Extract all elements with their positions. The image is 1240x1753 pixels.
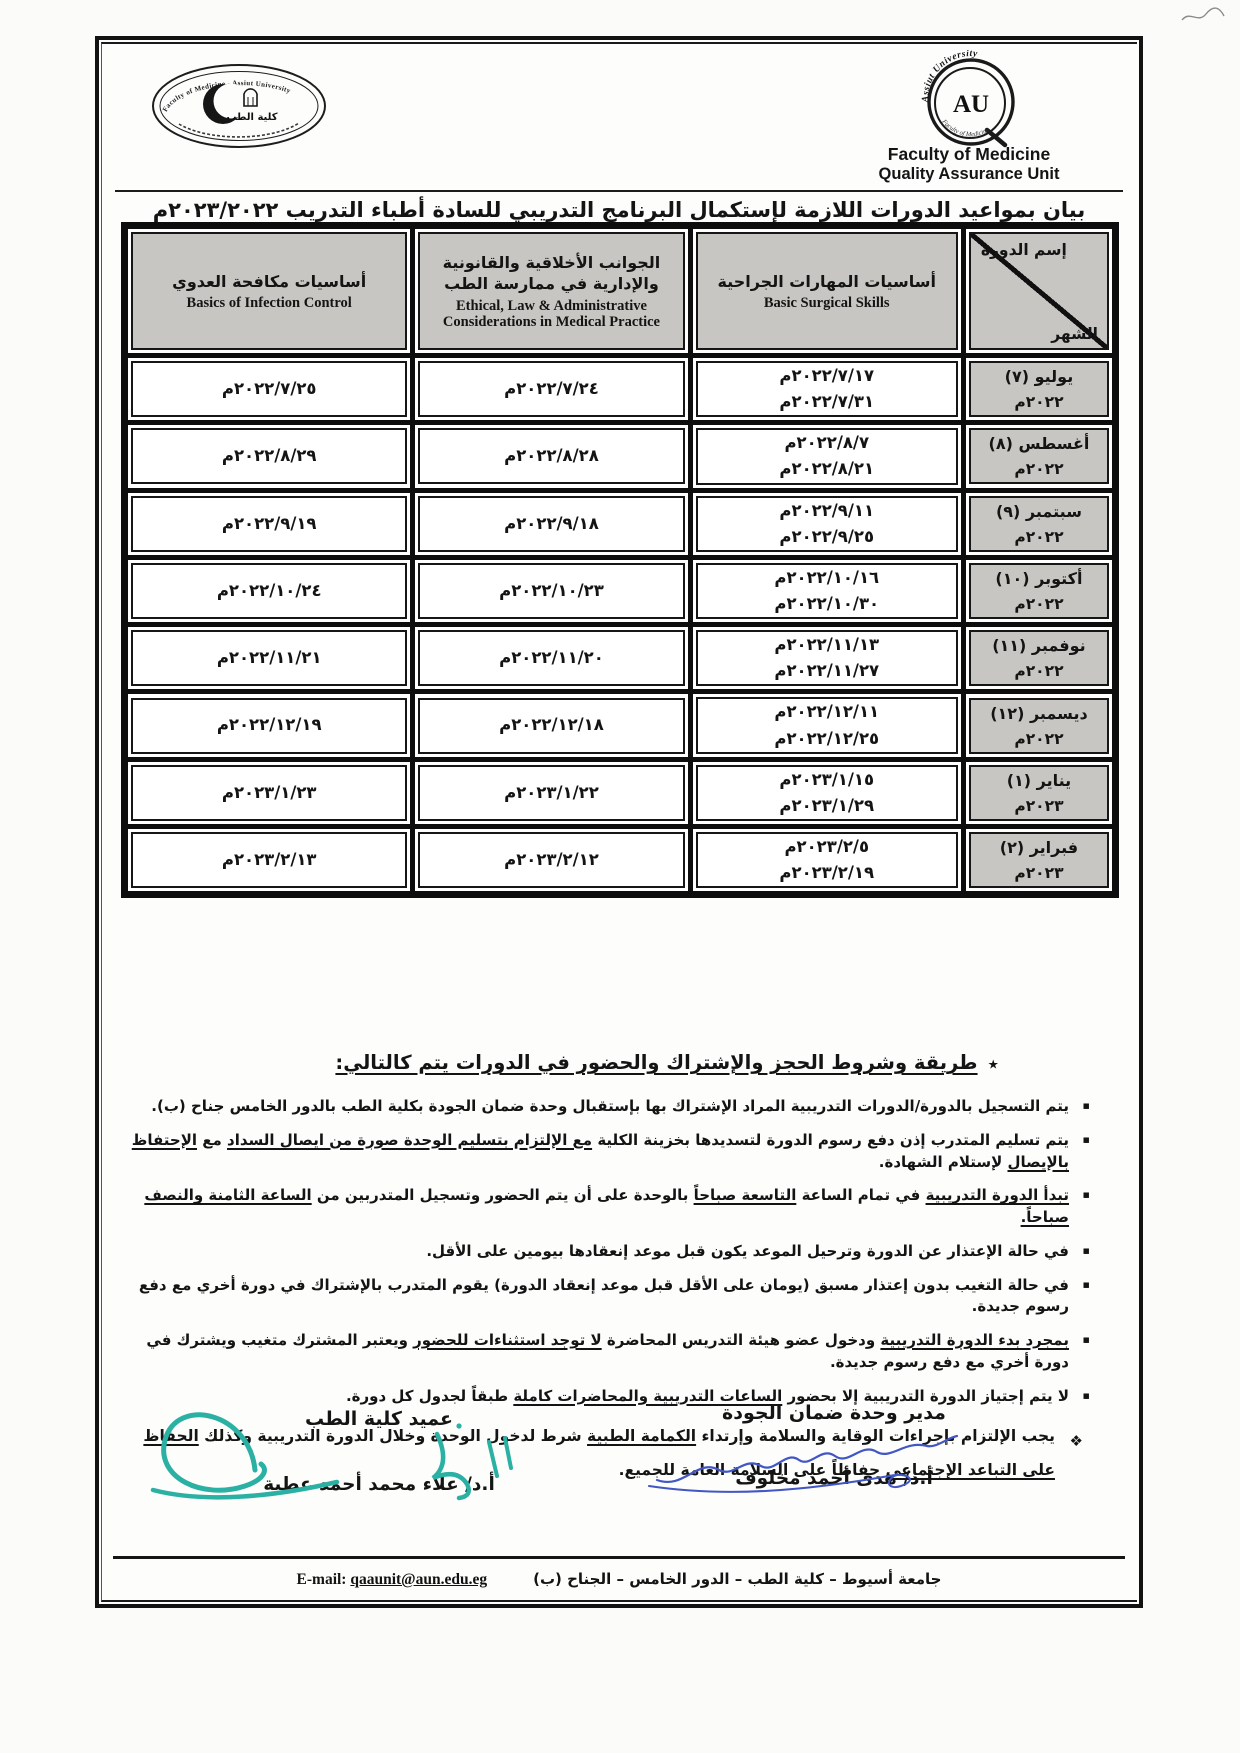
date-value: ٢٠٢٢/١٠/٢٣م <box>499 582 604 600</box>
date-value: ٢٠٢٣/٢/١٣م <box>222 851 317 869</box>
bullet-square-icon: ▪ <box>1083 1388 1090 1404</box>
date-value: ٢٠٢٢/١٠/٢٤م <box>217 582 322 600</box>
bullet-square-icon: ▪ <box>1083 1132 1090 1148</box>
table-row: يوليو (٧) ٢٠٢٢م ٢٠٢٢/٧/١٧م ٢٠٢٢/٧/٣١م ٢٠… <box>128 358 1112 420</box>
ethical-date-cell: ٢٠٢٣/٢/١٢م <box>415 829 687 891</box>
schedule-table-wrap: إسم الدورة الشهر أساسيات المهارات الجراح… <box>121 222 1119 898</box>
month-year: ٢٠٢٢م <box>1014 460 1063 478</box>
ethical-date-cell: ٢٠٢٢/١١/٢٠م <box>415 627 687 689</box>
assiut-university-logo: AU Assiut University Faculty of Medicine <box>921 50 1021 150</box>
crest-arabic-label: كلية الطب <box>226 112 277 123</box>
ethical-date-cell: ٢٠٢٢/٧/٢٤م <box>415 358 687 420</box>
faculty-crest-logo: Faculty of Medicine - Assiut University … <box>149 62 329 150</box>
pen-scribble-mark <box>1178 2 1226 28</box>
date-value: ٢٠٢٢/٧/٢٤م <box>504 380 599 398</box>
rule-item: ▪يتم التسجيل بالدورة/الدورات التدريبية ا… <box>129 1096 1093 1118</box>
header-infection-control: أساسيات مكافحة العدوي Basics of Infectio… <box>128 229 410 353</box>
infection-date-cell: ٢٠٢٢/١٢/١٩م <box>128 694 410 756</box>
month-name: ديسمبر (١٢) <box>990 704 1087 723</box>
corner-month-label: الشهر <box>1051 325 1098 343</box>
ethical-date-cell: ٢٠٢٢/٨/٢٨م <box>415 425 687 487</box>
infection-date-cell: ٢٠٢٣/٢/١٣م <box>128 829 410 891</box>
infection-date-cell: ٢٠٢٢/١١/٢١م <box>128 627 410 689</box>
document-border-frame: Faculty of Medicine - Assiut University … <box>95 36 1143 1608</box>
asterisk-marker-icon: ٭ <box>988 1052 999 1076</box>
header-en: Basics of Infection Control <box>185 295 354 311</box>
infection-date-cell: ٢٠٢٢/٧/٢٥م <box>128 358 410 420</box>
month-name: أكتوبر (١٠) <box>995 569 1082 588</box>
org-line-unit: Quality Assurance Unit <box>839 165 1099 184</box>
month-cell: ديسمبر (١٢) ٢٠٢٢م <box>966 694 1112 756</box>
date-value: ٢٠٢٢/٩/١٨م <box>504 515 599 533</box>
rule-text-segment: لا توجد استثناءات للحضور <box>413 1331 602 1349</box>
date-value: ٢٠٢٢/٨/٢٨م <box>504 447 599 465</box>
footer-address: جامعة أسيوط – كلية الطب – الدور الخامس –… <box>533 1570 941 1588</box>
surgical-dates-cell: ٢٠٢٢/١٠/١٦م ٢٠٢٢/١٠/٣٠م <box>693 560 961 622</box>
date-value: ٢٠٢٢/١١/١٣م <box>774 636 879 654</box>
surgical-dates-cell: ٢٠٢٣/٢/٥م ٢٠٢٣/٢/١٩م <box>693 829 961 891</box>
bullet-square-icon: ▪ <box>1083 1098 1090 1114</box>
corner-course-label: إسم الدورة <box>981 241 1067 259</box>
table-row: سبتمبر (٩) ٢٠٢٢م ٢٠٢٢/٩/١١م ٢٠٢٢/٩/٢٥م ٢… <box>128 493 1112 555</box>
month-year: ٢٠٢٢م <box>1014 595 1063 613</box>
date-value: ٢٠٢٢/١٢/٢٥م <box>774 730 879 748</box>
rule-text-segment: في حالة التغيب بدون إعتذار مسبق (يومان ع… <box>139 1276 1069 1316</box>
footer: جامعة أسيوط – كلية الطب – الدور الخامس –… <box>99 1570 1139 1589</box>
signature-block-director: مدير وحدة ضمان الجودة أ.د/ هدى أحمد مخلو… <box>664 1402 1004 1489</box>
date-value: ٢٠٢٢/٧/٢٥م <box>222 380 317 398</box>
month-cell: نوفمبر (١١) ٢٠٢٢م <box>966 627 1112 689</box>
date-value: ٢٠٢٢/١١/٢٧م <box>774 662 879 680</box>
ethical-date-cell: ٢٠٢٢/١٢/١٨م <box>415 694 687 756</box>
date-value: ٢٠٢٢/٩/٢٥م <box>779 528 874 546</box>
signature-block-dean: عميد كلية الطب أ.د/ علاء محمد أحمد عطية <box>214 1408 544 1495</box>
rule-item: ▪في حالة الإعتذار عن الدورة وترحيل الموع… <box>129 1241 1093 1263</box>
director-title: مدير وحدة ضمان الجودة <box>664 1402 1004 1424</box>
surgical-dates-cell: ٢٠٢٣/١/١٥م ٢٠٢٣/١/٢٩م <box>693 762 961 824</box>
date-value: ٢٠٢٢/١٢/١٨م <box>499 716 604 734</box>
rule-text-segment: تبدأ الدورة التدريبية <box>926 1186 1069 1204</box>
scanned-document-page: { "colors": { "ink": "#141414", "cell_gr… <box>0 0 1240 1753</box>
month-year: ٢٠٢٣م <box>1014 797 1063 815</box>
date-value: ٢٠٢٣/٢/٥م <box>784 838 869 856</box>
month-cell: أغسطس (٨) ٢٠٢٢م <box>966 425 1112 487</box>
header-ar: أساسيات المهارات الجراحية <box>711 271 942 293</box>
rule-item: ▪بمجرد بدء الدورة التدريبية ودخول عضو هي… <box>129 1330 1093 1374</box>
rule-text-segment: التاسعة صباحاً <box>694 1186 797 1204</box>
bullet-square-icon: ▪ <box>1083 1187 1090 1203</box>
rule-text-segment: ودخول عضو هيئة التدريس المحاضرة <box>602 1331 881 1349</box>
month-name: يناير (١) <box>1007 771 1071 790</box>
month-year: ٢٠٢٣م <box>1014 864 1063 882</box>
header-ar: أساسيات مكافحة العدوي <box>166 271 372 293</box>
rule-text-segment: مع الإلتزام بتسليم الوحدة صورة من ايصال … <box>227 1131 592 1149</box>
month-cell: سبتمبر (٩) ٢٠٢٢م <box>966 493 1112 555</box>
table-row: أغسطس (٨) ٢٠٢٢م ٢٠٢٢/٨/٧م ٢٠٢٢/٨/٢١م ٢٠٢… <box>128 425 1112 487</box>
month-cell: يناير (١) ٢٠٢٣م <box>966 762 1112 824</box>
ethical-date-cell: ٢٠٢٣/١/٢٢م <box>415 762 687 824</box>
date-value: ٢٠٢٣/١/٢٩م <box>779 797 874 815</box>
rule-text-segment: بمجرد بدء الدورة التدريبية <box>880 1331 1069 1349</box>
infection-date-cell: ٢٠٢٢/٩/١٩م <box>128 493 410 555</box>
header-ethical-law: الجوانب الأخلاقية والقانونية والإدارية ف… <box>415 229 687 353</box>
email-label: E-mail: <box>297 1571 347 1588</box>
date-value: ٢٠٢٢/٧/٣١م <box>779 393 874 411</box>
date-value: ٢٠٢٢/٨/٢٩م <box>222 447 317 465</box>
month-year: ٢٠٢٢م <box>1014 528 1063 546</box>
schedule-table: إسم الدورة الشهر أساسيات المهارات الجراح… <box>121 222 1119 898</box>
rule-text-segment: لإستلام الشهادة. <box>879 1153 1008 1171</box>
month-year: ٢٠٢٢م <box>1014 730 1063 748</box>
date-value: ٢٠٢٣/١/٢٢م <box>504 784 599 802</box>
date-value: ٢٠٢٢/٧/١٧م <box>779 367 874 385</box>
rule-text-segment: يتم تسليم المتدرب إذن دفع رسوم الدورة لت… <box>592 1131 1069 1149</box>
month-name: نوفمبر (١١) <box>992 636 1085 655</box>
header-row: إسم الدورة الشهر أساسيات المهارات الجراح… <box>128 229 1112 353</box>
infection-date-cell: ٢٠٢٢/٨/٢٩م <box>128 425 410 487</box>
dean-title: عميد كلية الطب <box>214 1408 544 1430</box>
header-basic-surgical-skills: أساسيات المهارات الجراحية Basic Surgical… <box>693 229 961 353</box>
ethical-date-cell: ٢٠٢٢/١٠/٢٣م <box>415 560 687 622</box>
ethical-date-cell: ٢٠٢٢/٩/١٨م <box>415 493 687 555</box>
diamond-marker-icon: ❖ <box>1070 1425 1083 1458</box>
month-cell: فبراير (٢) ٢٠٢٣م <box>966 829 1112 891</box>
bullet-square-icon: ▪ <box>1083 1277 1090 1293</box>
month-year: ٢٠٢٢م <box>1014 393 1063 411</box>
date-value: ٢٠٢٢/١٢/١١م <box>774 703 879 721</box>
date-value: ٢٠٢٢/١٢/١٩م <box>217 716 322 734</box>
surgical-dates-cell: ٢٠٢٢/٧/١٧م ٢٠٢٢/٧/٣١م <box>693 358 961 420</box>
org-line-faculty: Faculty of Medicine <box>839 144 1099 165</box>
bullet-square-icon: ▪ <box>1083 1332 1090 1348</box>
infection-date-cell: ٢٠٢٢/١٠/٢٤م <box>128 560 410 622</box>
date-value: ٢٠٢٢/١١/٢٠م <box>499 649 604 667</box>
date-value: ٢٠٢٣/١/١٥م <box>779 771 874 789</box>
rule-text-segment: في حالة الإعتذار عن الدورة وترحيل الموعد… <box>426 1242 1069 1260</box>
date-value: ٢٠٢٢/١٠/٣٠م <box>774 595 879 613</box>
date-value: ٢٠٢٢/٩/١١م <box>779 502 874 520</box>
director-name: أ.د/ هدى أحمد مخلوف <box>664 1468 1004 1489</box>
footer-divider <box>113 1556 1125 1559</box>
email-link[interactable]: qaaunit@aun.edu.eg <box>350 1571 487 1588</box>
surgical-dates-cell: ٢٠٢٢/١٢/١١م ٢٠٢٢/١٢/٢٥م <box>693 694 961 756</box>
table-row: أكتوبر (١٠) ٢٠٢٢م ٢٠٢٢/١٠/١٦م ٢٠٢٢/١٠/٣٠… <box>128 560 1112 622</box>
rule-text-segment: بالوحدة على أن يتم الحضور وتسجيل المتدرب… <box>312 1186 694 1204</box>
date-value: ٢٠٢٢/٨/٢١م <box>779 460 874 478</box>
date-value: ٢٠٢٢/٩/١٩م <box>222 515 317 533</box>
table-row: نوفمبر (١١) ٢٠٢٢م ٢٠٢٢/١١/١٣م ٢٠٢٢/١١/٢٧… <box>128 627 1112 689</box>
month-cell: أكتوبر (١٠) ٢٠٢٢م <box>966 560 1112 622</box>
date-value: ٢٠٢٢/١٠/١٦م <box>774 569 879 587</box>
surgical-dates-cell: ٢٠٢٢/٩/١١م ٢٠٢٢/٩/٢٥م <box>693 493 961 555</box>
infection-date-cell: ٢٠٢٣/١/٢٣م <box>128 762 410 824</box>
rule-text-segment: طبقاً لجدول كل دورة. <box>346 1387 513 1405</box>
page-title: بيان بمواعيد الدورات اللازمة لإستكمال ال… <box>99 198 1139 222</box>
date-value: ٢٠٢٣/٢/١٩م <box>779 864 874 882</box>
footer-email: E-mail: qaaunit@aun.edu.eg <box>297 1571 488 1589</box>
header-en: Ethical, Law & Administrative Considerat… <box>420 298 682 330</box>
rule-item: ▪تبدأ الدورة التدريبية في تمام الساعة ال… <box>129 1185 1093 1229</box>
month-cell: يوليو (٧) ٢٠٢٢م <box>966 358 1112 420</box>
rules-heading: ٭طريقة وشروط الحجز والإشتراك والحضور في … <box>335 1050 999 1074</box>
surgical-dates-cell: ٢٠٢٢/٨/٧م ٢٠٢٢/٨/٢١م <box>693 425 961 487</box>
au-monogram: AU <box>953 91 989 118</box>
rule-text-segment: في تمام الساعة <box>796 1186 925 1204</box>
header-divider <box>115 190 1123 192</box>
header-ar: الجوانب الأخلاقية والقانونية والإدارية ف… <box>420 252 682 295</box>
month-name: سبتمبر (٩) <box>996 502 1082 521</box>
month-year: ٢٠٢٢م <box>1014 662 1063 680</box>
rule-text-segment: مع <box>197 1131 227 1149</box>
dean-name: أ.د/ علاء محمد أحمد عطية <box>214 1474 544 1495</box>
date-value: ٢٠٢٣/١/٢٣م <box>222 784 317 802</box>
corner-header-cell: إسم الدورة الشهر <box>966 229 1112 353</box>
rule-item: ▪في حالة التغيب بدون إعتذار مسبق (يومان … <box>129 1275 1093 1319</box>
rule-item: ▪يتم تسليم المتدرب إذن دفع رسوم الدورة ل… <box>129 1130 1093 1174</box>
date-value: ٢٠٢٢/١١/٢١م <box>217 649 322 667</box>
bullet-square-icon: ▪ <box>1083 1243 1090 1259</box>
table-row: يناير (١) ٢٠٢٣م ٢٠٢٣/١/١٥م ٢٠٢٣/١/٢٩م ٢٠… <box>128 762 1112 824</box>
month-name: فبراير (٢) <box>1000 838 1078 857</box>
table-row: ديسمبر (١٢) ٢٠٢٢م ٢٠٢٢/١٢/١١م ٢٠٢٢/١٢/٢٥… <box>128 694 1112 756</box>
rule-text-segment: يتم التسجيل بالدورة/الدورات التدريبية ال… <box>151 1097 1069 1115</box>
month-name: يوليو (٧) <box>1005 367 1074 386</box>
date-value: ٢٠٢٣/٢/١٢م <box>504 851 599 869</box>
surgical-dates-cell: ٢٠٢٢/١١/١٣م ٢٠٢٢/١١/٢٧م <box>693 627 961 689</box>
date-value: ٢٠٢٢/٨/٧م <box>784 434 869 452</box>
header-en: Basic Surgical Skills <box>762 295 892 311</box>
rules-heading-text: طريقة وشروط الحجز والإشتراك والحضور في ا… <box>335 1051 977 1074</box>
org-name-block: Faculty of Medicine Quality Assurance Un… <box>839 144 1099 184</box>
table-row: فبراير (٢) ٢٠٢٣م ٢٠٢٣/٢/٥م ٢٠٢٣/٢/١٩م ٢٠… <box>128 829 1112 891</box>
month-name: أغسطس (٨) <box>989 434 1090 453</box>
